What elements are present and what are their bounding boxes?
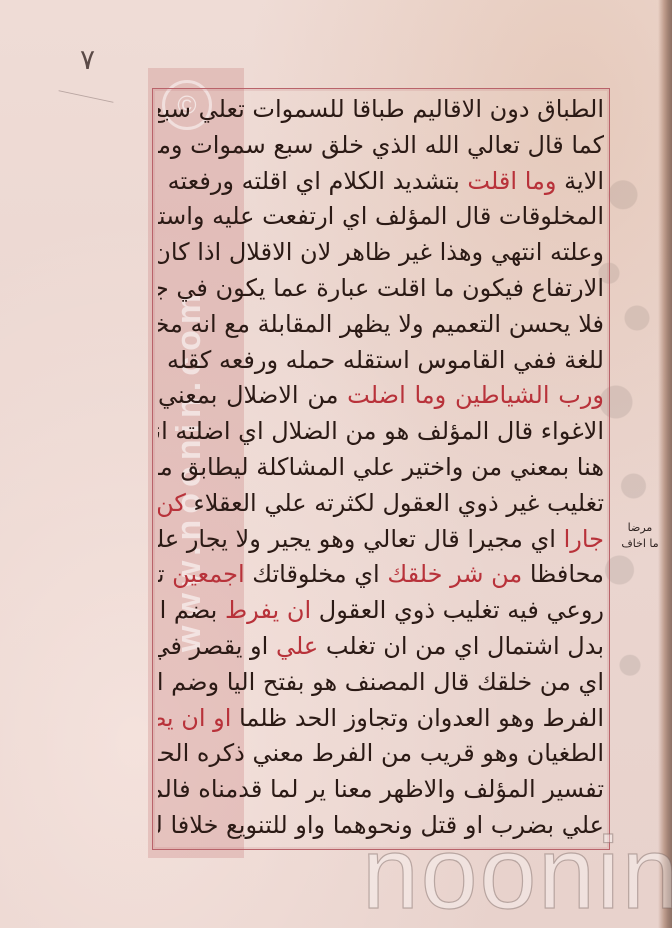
rubric-text: وما اضلت <box>347 381 446 409</box>
body-text: اي من خلقك قال المصنف هو بفتح اليا وضم ا… <box>158 668 604 696</box>
text-line: وعلته انتهي وهذا غير ظاهر لان الاقلال اذ… <box>158 235 604 271</box>
rubric-text: اجمعين <box>172 560 244 588</box>
body-text: الطباق دون الاقاليم طباقا للسموات تعلي س… <box>158 95 604 123</box>
text-line: فلا يحسن التعميم ولا يظهر المقابلة مع ان… <box>158 307 604 343</box>
text-line: كما قال تعالي الله الذي خلق سبع سموات وم… <box>158 128 604 164</box>
rubric-text: ان يفرط <box>225 596 311 624</box>
rubric-text: كن لي <box>158 489 186 517</box>
body-text: الفرط وهو العدوان وتجاوز الحد ظلما <box>231 704 604 732</box>
text-line: جارا اي مجيرا قال تعالي وهو يجير ولا يجا… <box>158 522 604 558</box>
text-line: الاية وما اقلت بتشديد الكلام اي اقلته ور… <box>158 164 604 200</box>
rubric-text: وما اقلت <box>467 167 556 195</box>
margin-note-line-2: ما اخاف <box>612 536 668 552</box>
body-text: روعي فيه تغليب ذوي العقول <box>311 596 604 624</box>
body-text: فلا يحسن التعميم ولا يظهر المقابلة مع ان… <box>158 310 604 338</box>
text-line: ورب الشياطين وما اضلت من الاضلال بمعني <box>158 378 604 414</box>
text-line: الطغيان وهو قريب من الفرط معني ذكره الحن… <box>158 736 604 772</box>
text-line: هنا بمعني من واختير علي المشاكلة ليطابق … <box>158 450 604 486</box>
brand-watermark: noonin <box>362 818 672 928</box>
body-text: او يقصر في حقي <box>158 632 276 660</box>
manuscript-text: الطباق دون الاقاليم طباقا للسموات تعلي س… <box>158 92 604 844</box>
text-line: اي من خلقك قال المصنف هو بفتح اليا وضم ا… <box>158 665 604 701</box>
text-line: تفسير المؤلف والاظهر معنا ير لما قدمناه … <box>158 772 604 808</box>
text-line: الطباق دون الاقاليم طباقا للسموات تعلي س… <box>158 92 604 128</box>
body-text: وعلته انتهي وهذا غير ظاهر لان الاقلال اذ… <box>158 238 604 266</box>
body-text: المخلوقات قال المؤلف اي ارتفعت عليه واست… <box>158 202 604 230</box>
body-text: اي مجيرا قال تعالي وهو يجير ولا يجار علي… <box>158 525 564 553</box>
body-text: الاية <box>556 167 604 195</box>
body-text: اي مخلوقاتك <box>245 560 388 588</box>
text-line: محافظا من شر خلقك اي مخلوقاتك اجمعين تاك… <box>158 557 604 593</box>
body-text: هنا بمعني من واختير علي المشاكلة ليطابق … <box>158 453 604 481</box>
body-text: بضم الراء وهو <box>158 596 225 624</box>
rubric-text: من شر خلقك <box>387 560 522 588</box>
text-line: المخلوقات قال المؤلف اي ارتفعت عليه واست… <box>158 199 604 235</box>
rubric-text: او ان يطغي <box>158 704 231 732</box>
rubric-text: جارا <box>564 525 604 553</box>
body-text: بتشديد الكلام اي اقلته ورفعته من <box>158 167 467 195</box>
body-text: للغة ففي القاموس استقله حمله ورفعه كقله … <box>158 346 604 374</box>
body-text: تاكيد <box>158 560 172 588</box>
margin-note: مرضا ما اخاف <box>612 520 668 552</box>
body-text: الارتفاع فيكون ما اقلت عبارة عما يكون في… <box>158 274 604 302</box>
text-line: الاغواء قال المؤلف هو من الضلال اي اضلته… <box>158 414 604 450</box>
rubric-text: علي <box>276 632 318 660</box>
text-line: تغليب غير ذوي العقول لكثرته علي العقلاء … <box>158 486 604 522</box>
rubric-text: ورب الشياطين <box>446 381 604 409</box>
folio-number: ٧ <box>80 40 130 80</box>
body-text: بدل اشتمال اي من ان تغلب <box>318 632 604 660</box>
body-text: من الاضلال بمعني <box>158 381 347 409</box>
book-spine-edge <box>658 0 672 928</box>
text-line: للغة ففي القاموس استقله حمله ورفعه كقله … <box>158 343 604 379</box>
text-line: بدل اشتمال اي من ان تغلب علي او يقصر في … <box>158 629 604 665</box>
text-line: الفرط وهو العدوان وتجاوز الحد ظلما او ان… <box>158 701 604 737</box>
body-text: تغليب غير ذوي العقول لكثرته علي العقلاء <box>186 489 604 517</box>
body-text: الاغواء قال المؤلف هو من الضلال اي اضلته… <box>158 417 604 445</box>
body-text: الطغيان وهو قريب من الفرط معني ذكره الحن… <box>158 739 604 767</box>
text-line: روعي فيه تغليب ذوي العقول ان يفرط بضم ال… <box>158 593 604 629</box>
body-text: تفسير المؤلف والاظهر معنا ير لما قدمناه … <box>158 775 604 803</box>
body-text: كما قال تعالي الله الذي خلق سبع سموات وم… <box>158 131 604 159</box>
text-line: الارتفاع فيكون ما اقلت عبارة عما يكون في… <box>158 271 604 307</box>
body-text: محافظا <box>522 560 604 588</box>
margin-note-line-1: مرضا <box>612 520 668 536</box>
